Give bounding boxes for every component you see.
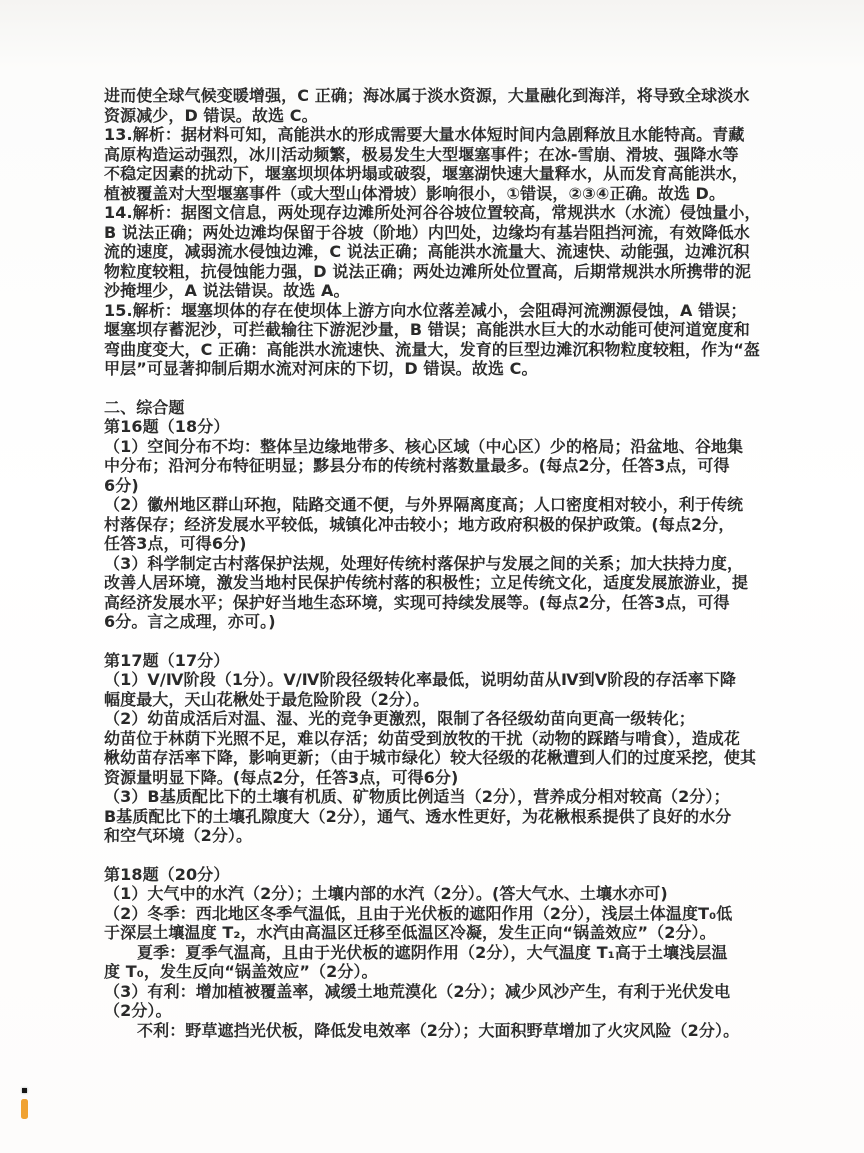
text-line: （2）冬季：西北地区冬季气温低，且由于光伏板的遮阳作用（2分），浅层土体温度T₀…	[104, 904, 764, 924]
answers-q12-to-q15: 进而使全球气候变暖增强，C 正确；海冰属于淡水资源，大量融化到海洋，将导致全球淡…	[104, 86, 764, 379]
text-line: 堰塞坝存蓄泥沙，可拦截输往下游泥沙量，B 错误；高能洪水巨大的水动能可使河道宽度…	[104, 320, 764, 340]
text-line: B 说法正确；两处边滩均保留于谷坡（阶地）内凹处，边缘均有基岩阻挡河流，有效降低…	[104, 223, 764, 243]
section-2-and-q16: 二、综合题第16题（18分）（1）空间分布不均：整体呈边缘地带多、核心区域（中心…	[104, 398, 764, 632]
text-line: 第18题（20分）	[104, 865, 764, 885]
document-text: 进而使全球气候变暖增强，C 正确；海冰属于淡水资源，大量融化到海洋，将导致全球淡…	[104, 86, 764, 1040]
black-dot-mark	[22, 1088, 27, 1093]
text-line: 第16题（18分）	[104, 417, 764, 437]
text-line: 植被覆盖对大型堰塞事件（或大型山体滑坡）影响很小，①错误，②③④正确。故选 D。	[104, 184, 764, 204]
q17: 第17题（17分）（1）Ⅴ/Ⅳ阶段（1分）。Ⅴ/Ⅳ阶段径级转化率最低，说明幼苗从…	[104, 651, 764, 846]
text-line: 幼苗位于林荫下光照不足，难以存活；幼苗受到放牧的干扰（动物的踩踏与啃食），造成花	[104, 729, 764, 749]
text-line: （1）Ⅴ/Ⅳ阶段（1分）。Ⅴ/Ⅳ阶段径级转化率最低，说明幼苗从Ⅳ到Ⅴ阶段的存活率…	[104, 670, 764, 690]
text-line: 14.解析：据图文信息，两处现存边滩所处河谷谷坡位置较高，常规洪水（水流）侵蚀量…	[104, 203, 764, 223]
text-line: 楸幼苗存活率下降，影响更新；（由于城市绿化）较大径级的花楸遭到人们的过度采挖，使…	[104, 748, 764, 768]
text-line: 物粒度较粗，抗侵蚀能力强，D 说法正确；两处边滩所处位置高，后期常规洪水所携带的…	[104, 262, 764, 282]
text-line: 和空气环境（2分）。	[104, 826, 764, 846]
text-line: 二、综合题	[104, 398, 764, 418]
text-line: 改善人居环境，激发当地村民保护传统村落的积极性；立足传统文化，适度发展旅游业，提	[104, 573, 764, 593]
text-line: 6分。言之成理，亦可。)	[104, 612, 764, 632]
text-line: 沙掩埋少，A 说法错误。故选 A。	[104, 281, 764, 301]
text-line: 流的速度，减弱流水侵蚀边滩，C 说法正确；高能洪水流量大、流速快、动能强，边滩沉…	[104, 242, 764, 262]
text-line: （3）科学制定古村落保护法规，处理好传统村落保护与发展之间的关系；加大扶持力度，	[104, 554, 764, 574]
text-line: 村落保存；经济发展水平较低，城镇化冲击较小；地方政府积极的保护政策。(每点2分，	[104, 515, 764, 535]
text-line: 13.解析：据材料可知，高能洪水的形成需要大量水体短时间内急剧释放且水能特高。青…	[104, 125, 764, 145]
text-line: 6分)	[104, 476, 764, 496]
text-line: 15.解析：堰塞坝体的存在使坝体上游方向水位落差减小，会阻碍河流溯源侵蚀，A 错…	[104, 301, 764, 321]
text-line: 甲层”可显著抑制后期水流对河床的下切，D 错误。故选 C。	[104, 359, 764, 379]
text-line: 不利：野草遮挡光伏板，降低发电效率（2分）；大面积野草增加了火灾风险（2分）。	[104, 1021, 764, 1041]
text-line: 幅度最大，天山花楸处于最危险阶段（2分）。	[104, 690, 764, 710]
text-line: 高经济发展水平；保护好当地生态环境，实现可持续发展等。(每点2分，任答3点，可得	[104, 593, 764, 613]
text-line: （2）幼苗成活后对温、湿、光的竞争更激烈，限制了各径级幼苗向更高一级转化；	[104, 709, 764, 729]
text-line: （1）大气中的水汽（2分）；土壤内部的水汽（2分）。(答大气水、土壤水亦可)	[104, 884, 764, 904]
text-line: 弯曲度变大，C 正确：高能洪水流速快、流量大，发育的巨型边滩沉积物粒度较粗，作为…	[104, 340, 764, 360]
orange-bar-mark	[21, 1099, 28, 1119]
text-line: （1）空间分布不均：整体呈边缘地带多、核心区域（中心区）少的格局；沿盆地、谷地集	[104, 437, 764, 457]
text-line: 度 T₀，发生反向“锅盖效应”（2分）。	[104, 962, 764, 982]
text-line: （2）徽州地区群山环抱，陆路交通不便，与外界隔离度高；人口密度相对较小，利于传统	[104, 495, 764, 515]
text-line: 第17题（17分）	[104, 651, 764, 671]
text-line: （3）有利：增加植被覆盖率，减缓土地荒漠化（2分）；减少风沙产生，有利于光伏发电	[104, 982, 764, 1002]
text-line: 不稳定因素的扰动下，堰塞坝坝体坍塌或破裂，堰塞湖快速大量释水，从而发育高能洪水，	[104, 164, 764, 184]
text-line: 任答3点，可得6分)	[104, 534, 764, 554]
text-line: 资源减少，D 错误。故选 C。	[104, 106, 764, 126]
text-line: （2分）。	[104, 1001, 764, 1021]
text-line: 于深层土壤温度 T₂，水汽由高温区迁移至低温区冷凝，发生正向“锅盖效应”（2分）…	[104, 923, 764, 943]
photo-page: 进而使全球气候变暖增强，C 正确；海冰属于淡水资源，大量融化到海洋，将导致全球淡…	[0, 0, 864, 1153]
text-line: 中分布；沿河分布特征明显；黟县分布的传统村落数量最多。(每点2分，任答3点，可得	[104, 456, 764, 476]
q18: 第18题（20分）（1）大气中的水汽（2分）；土壤内部的水汽（2分）。(答大气水…	[104, 865, 764, 1041]
text-line: 高原构造运动强烈，冰川活动频繁，极易发生大型堰塞事件；在冰-雪崩、滑坡、强降水等	[104, 145, 764, 165]
text-line: 进而使全球气候变暖增强，C 正确；海冰属于淡水资源，大量融化到海洋，将导致全球淡…	[104, 86, 764, 106]
text-line: 资源量明显下降。(每点2分，任答3点，可得6分)	[104, 768, 764, 788]
text-line: （3）B基质配比下的土壤有机质、矿物质比例适当（2分），营养成分相对较高（2分）…	[104, 787, 764, 807]
text-line: B基质配比下的土壤孔隙度大（2分），通气、透水性更好，为花楸根系提供了良好的水分	[104, 807, 764, 827]
text-line: 夏季：夏季气温高，且由于光伏板的遮阴作用（2分），大气温度 T₁高于土壤浅层温	[104, 943, 764, 963]
